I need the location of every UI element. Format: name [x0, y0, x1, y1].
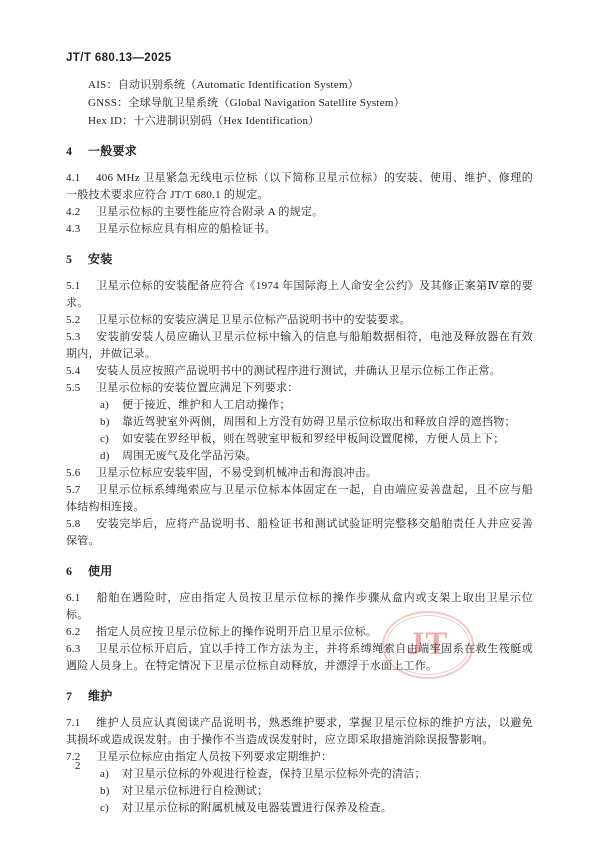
clause-text: 卫星示位标的安装配备应符合《1974 年国际海上人命安全公约》及其修正案第Ⅳ章的…: [66, 280, 533, 309]
clause-paragraph: 4.1406 MHz 卫星紧急无线电示位标（以下简称卫星示位标）的安装、使用、维…: [66, 170, 533, 204]
clause-subitem: a)对卫星示位标的外观进行检查，保持卫星示位标外壳的清洁；: [66, 766, 533, 783]
subitem-label: a): [100, 766, 122, 783]
section-number: 5: [66, 251, 88, 268]
clause-number: 4.1: [66, 170, 96, 187]
clause-text: 维护人员应认真阅读产品说明书，熟悉维护要求，掌握卫星示位标的维护方法，以避免其损…: [66, 717, 533, 746]
section-number: 6: [66, 563, 88, 580]
definition-line: Hex ID：十六进制识别码（Hex Identification）: [66, 112, 533, 130]
section-heading: 6使用: [66, 563, 533, 580]
clause-subitem: b)靠近驾驶室外两侧，周围和上方没有妨碍卫星示位标取出和释放自浮的遮挡物；: [66, 414, 533, 431]
standard-number-header: JT/T 680.13—2025: [66, 52, 172, 64]
clause-text: 卫星示位标应安装牢固，不易受到机械冲击和海浪冲击。: [96, 467, 377, 479]
clause-subitem: c)如安装在罗经甲板，则在驾驶室甲板和罗经甲板间设置爬梯，方便人员上下；: [66, 431, 533, 448]
clause-text: 卫星示位标的安装位置应满足下列要求：: [96, 382, 299, 394]
clause-paragraph: 5.2卫星示位标的安装应满足卫星示位标产品说明书中的安装要求。: [66, 312, 533, 329]
subitem-label: d): [100, 448, 122, 465]
clause-paragraph: 4.3卫星示位标应具有相应的船检证书。: [66, 221, 533, 238]
definition-line: AIS：自动识别系统（Automatic Identification Syst…: [66, 76, 533, 94]
clause-subitem: d)周围无废气及化学品污染。: [66, 448, 533, 465]
clause-number: 5.4: [66, 363, 96, 380]
clause-text: 卫星示位标应由指定人员按下列要求定期维护：: [96, 751, 332, 763]
clause-number: 7.2: [66, 749, 96, 766]
document-body: AIS：自动识别系统（Automatic Identification Syst…: [66, 76, 533, 817]
clause-number: 5.8: [66, 516, 96, 533]
subitem-text: 如安装在罗经甲板，则在驾驶室甲板和罗经甲板间设置爬梯，方便人员上下；: [122, 433, 505, 445]
clause-subitem: c)对卫星示位标的附属机械及电器装置进行保养及检查。: [66, 800, 533, 817]
section-title: 使用: [88, 564, 113, 578]
clause-text: 卫星示位标的主要性能应符合附录 A 的规定。: [96, 206, 323, 218]
section-heading: 5安装: [66, 251, 533, 268]
clause-number: 6.2: [66, 624, 96, 641]
clause-number: 5.6: [66, 465, 96, 482]
clause-paragraph: 7.1维护人员应认真阅读产品说明书，熟悉维护要求，掌握卫星示位标的维护方法，以避…: [66, 715, 533, 749]
subitem-label: b): [100, 783, 122, 800]
clause-paragraph: 6.1船舶在遇险时，应由指定人员按卫星示位标的操作步骤从盒内或支架上取出卫星示位…: [66, 590, 533, 624]
section-heading: 7维护: [66, 688, 533, 705]
clause-text: 卫星示位标应具有相应的船检证书。: [96, 223, 276, 235]
subitem-text: 靠近驾驶室外两侧，周围和上方没有妨碍卫星示位标取出和释放自浮的遮挡物；: [122, 416, 516, 428]
clause-number: 4.2: [66, 204, 96, 221]
clause-text: 安装前安装人员应确认卫星示位标中输入的信息与船舶数据相符，电池及释放器在有效期内…: [66, 331, 533, 360]
clause-paragraph: 6.3卫星示位标开启后，宜以手持工作方法为主，并将系缚绳索自由端牢固系在救生筏艇…: [66, 641, 533, 675]
clause-text: 卫星示位标的安装应满足卫星示位标产品说明书中的安装要求。: [96, 314, 411, 326]
clause-text: 指定人员应按卫星示位标上的操作说明开启卫星示位标。: [96, 626, 377, 638]
clause-number: 5.3: [66, 329, 96, 346]
clause-text: 卫星示位标开启后，宜以手持工作方法为主，并将系缚绳索自由端牢固系在救生筏艇或遇险…: [66, 643, 533, 672]
section-title: 维护: [88, 689, 113, 703]
clause-number: 5.5: [66, 380, 96, 397]
clause-paragraph: 5.7卫星示位标系缚绳索应与卫星示位标本体固定在一起，自由端应妥善盘起，且不应与…: [66, 482, 533, 516]
clause-text: 安装完毕后，应将产品说明书、船检证书和测试试验证明完整移交船舶责任人并应妥善保管…: [66, 518, 533, 547]
section-heading: 4一般要求: [66, 143, 533, 160]
clause-paragraph: 4.2卫星示位标的主要性能应符合附录 A 的规定。: [66, 204, 533, 221]
clause-number: 5.7: [66, 482, 96, 499]
subitem-text: 周围无废气及化学品污染。: [122, 450, 257, 462]
subitem-text: 对卫星示位标进行自检测试；: [122, 785, 268, 797]
subitem-text: 便于接近、维护和人工启动操作；: [122, 399, 291, 411]
clause-subitem: a)便于接近、维护和人工启动操作；: [66, 397, 533, 414]
clause-number: 7.1: [66, 715, 96, 732]
clause-subitem: b)对卫星示位标进行自检测试；: [66, 783, 533, 800]
definition-line: GNSS：全球导航卫星系统（Global Navigation Satellit…: [66, 94, 533, 112]
clause-paragraph: 5.1卫星示位标的安装配备应符合《1974 年国际海上人命安全公约》及其修正案第…: [66, 278, 533, 312]
subitem-text: 对卫星示位标的外观进行检查，保持卫星示位标外壳的清洁；: [122, 768, 426, 780]
clause-paragraph: 5.6卫星示位标应安装牢固，不易受到机械冲击和海浪冲击。: [66, 465, 533, 482]
clause-text: 卫星示位标系缚绳索应与卫星示位标本体固定在一起，自由端应妥善盘起，且不应与船体结…: [66, 484, 533, 513]
subitem-text: 对卫星示位标的附属机械及电器装置进行保养及检查。: [122, 802, 392, 814]
section-title: 安装: [88, 252, 113, 266]
clause-paragraph: 5.3安装前安装人员应确认卫星示位标中输入的信息与船舶数据相符，电池及释放器在有…: [66, 329, 533, 363]
page-number: 2: [75, 760, 81, 772]
clause-text: 406 MHz 卫星紧急无线电示位标（以下简称卫星示位标）的安装、使用、维护、修…: [66, 172, 533, 201]
clause-paragraph: 5.5卫星示位标的安装位置应满足下列要求：: [66, 380, 533, 397]
section-title: 一般要求: [88, 144, 137, 158]
clause-paragraph: 7.2卫星示位标应由指定人员按下列要求定期维护：: [66, 749, 533, 766]
clause-paragraph: 5.4安装人员应按照产品说明书中的测试程序进行测试，并确认卫星示位标工作正常。: [66, 363, 533, 380]
clause-paragraph: 6.2指定人员应按卫星示位标上的操作说明开启卫星示位标。: [66, 624, 533, 641]
clause-paragraph: 5.8安装完毕后，应将产品说明书、船检证书和测试试验证明完整移交船舶责任人并应妥…: [66, 516, 533, 550]
subitem-label: a): [100, 397, 122, 414]
clause-number: 4.3: [66, 221, 96, 238]
clause-text: 船舶在遇险时，应由指定人员按卫星示位标的操作步骤从盒内或支架上取出卫星示位标。: [66, 592, 533, 621]
subitem-label: b): [100, 414, 122, 431]
clause-text: 安装人员应按照产品说明书中的测试程序进行测试，并确认卫星示位标工作正常。: [96, 365, 501, 377]
clause-number: 6.3: [66, 641, 96, 658]
section-number: 4: [66, 143, 88, 160]
clause-number: 5.1: [66, 278, 96, 295]
subitem-label: c): [100, 431, 122, 448]
clause-number: 6.1: [66, 590, 96, 607]
subitem-label: c): [100, 800, 122, 817]
section-number: 7: [66, 688, 88, 705]
clause-number: 5.2: [66, 312, 96, 329]
